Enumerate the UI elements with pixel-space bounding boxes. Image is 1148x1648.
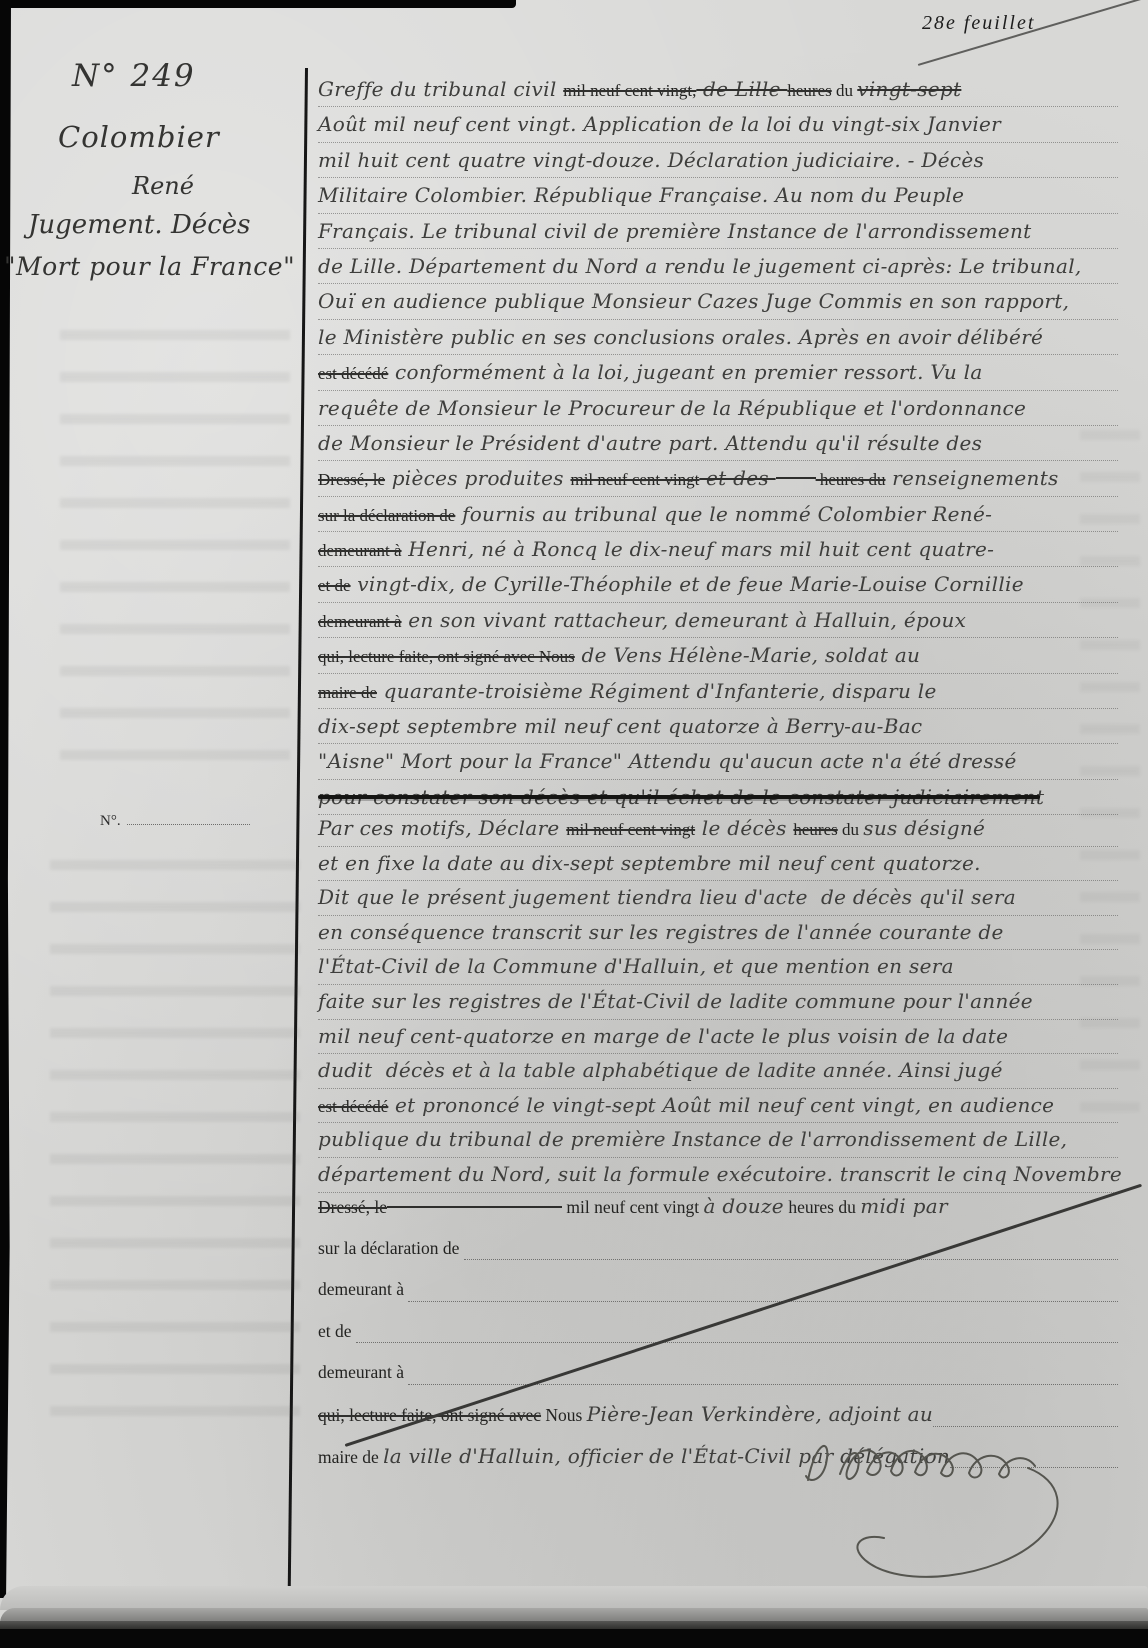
handwritten-text: "Aisne" Mort pour la France" Attendu qu'…	[318, 744, 1017, 778]
printed-text: heures	[787, 74, 831, 108]
act-text-section-dispositif: Par ces motifs, Déclare mil neuf cent vi…	[318, 812, 1118, 1193]
text-line: et de	[318, 1311, 1118, 1353]
handwritten-text: Ouï en audience publique Monsieur Cazes …	[318, 284, 1069, 318]
handwritten-text: publique du tribunal de première Instanc…	[318, 1123, 1067, 1157]
text-line: dix-sept septembre mil neuf cent quatorz…	[318, 709, 1118, 744]
handwritten-text: pièces produites	[385, 461, 570, 495]
handwritten-text: le Ministère public en ses conclusions o…	[318, 320, 1043, 354]
printed-text: demeurant à	[318, 1352, 408, 1394]
handwritten-text: quarante-troisième Régiment d'Infanterie…	[377, 674, 937, 708]
text-line: mil neuf cent-quatorze en marge de l'act…	[318, 1020, 1118, 1055]
handwritten-text: et en fixe la date au dix-sept septembre…	[318, 847, 981, 881]
printed-text: Dressé, le	[318, 1187, 387, 1229]
printed-text: sur la déclaration de	[318, 1228, 464, 1270]
text-line: est décédé et prononcé le vingt-sept Aoû…	[318, 1089, 1118, 1124]
text-line: publique du tribunal de première Instanc…	[318, 1123, 1118, 1158]
handwritten-text: vingt-sept	[857, 72, 961, 106]
handwritten-text: faite sur les registres de l'État-Civil …	[318, 985, 1033, 1019]
handwritten-text: dix-sept septembre mil neuf cent quatorz…	[318, 709, 922, 743]
handwritten-text: mil huit cent quatre vingt-douze. Déclar…	[318, 143, 984, 177]
printed-text: mil neuf cent vingt,	[563, 74, 696, 108]
handwritten-text: requête de Monsieur le Procureur de la R…	[318, 391, 1026, 425]
printed-text: et de	[318, 569, 351, 603]
printed-text: heures	[793, 813, 837, 847]
printed-text: Nous	[541, 1395, 587, 1437]
handwritten-text: mil neuf cent-quatorze en marge de l'act…	[318, 1020, 1008, 1054]
text-line: requête de Monsieur le Procureur de la R…	[318, 391, 1118, 426]
text-line: et en fixe la date au dix-sept septembre…	[318, 847, 1118, 882]
blank-line	[356, 1342, 1118, 1343]
text-line: dudit décès et à la table alphabétique d…	[318, 1054, 1118, 1089]
handwritten-text: et des	[699, 461, 775, 495]
handwritten-text: Dit que le présent jugement tiendra lieu…	[318, 881, 1016, 915]
text-line: demeurant à	[318, 1352, 1118, 1394]
scan-edge-left	[0, 0, 11, 1598]
margin-deceased-firstname: René	[132, 172, 194, 200]
text-line: Par ces motifs, Déclare mil neuf cent vi…	[318, 812, 1118, 847]
text-line: "Aisne" Mort pour la France" Attendu qu'…	[318, 744, 1118, 779]
margin-secondary-number: N°.	[100, 813, 250, 830]
handwritten-text: sus désigné	[863, 812, 985, 846]
blank-line	[408, 1301, 1118, 1302]
official-signature	[770, 1418, 1130, 1608]
text-line: Greffe du tribunal civil mil neuf cent v…	[318, 72, 1118, 107]
handwritten-text: dudit décès et à la table alphabétique d…	[318, 1054, 1003, 1088]
blank-line	[776, 471, 816, 485]
text-line: sur la déclaration de	[318, 1228, 1118, 1270]
scan-edge-bottom	[0, 1629, 1148, 1648]
handwritten-text: l'État-Civil de la Commune d'Halluin, et…	[318, 950, 954, 984]
handwritten-text: fournis au tribunal que le nommé Colombi…	[455, 497, 992, 531]
margin-deceased-surname: Colombier	[58, 120, 220, 154]
handwritten-text: en son vivant rattacheur, demeurant à Ha…	[402, 603, 967, 637]
margin-mention-mort-pour-la-france: "Mort pour la France"	[4, 252, 295, 281]
handwritten-text: et prononcé le vingt-sept Août mil neuf …	[388, 1089, 1054, 1123]
text-line: l'État-Civil de la Commune d'Halluin, et…	[318, 950, 1118, 985]
handwritten-text: renseignements	[885, 461, 1058, 495]
handwritten-text: le décès	[695, 812, 793, 846]
section-separator-rule	[318, 795, 1040, 799]
page-curl-edge	[0, 1586, 1148, 1610]
text-line: maire de quarante-troisième Régiment d'I…	[318, 674, 1118, 709]
handwritten-text: de Lille	[696, 72, 787, 106]
ink-bleedthrough	[60, 330, 290, 790]
margin-act-type: Jugement. Décès	[28, 210, 251, 240]
printed-text: Dressé, le	[318, 463, 385, 497]
blank-line	[464, 1259, 1118, 1260]
text-line: Ouï en audience publique Monsieur Cazes …	[318, 284, 1118, 319]
printed-text: demeurant à	[318, 1269, 408, 1311]
handwritten-text: midi par	[860, 1186, 948, 1228]
printed-text: qui, lecture faite, ont signé avec Nous	[318, 640, 575, 674]
blank-line	[387, 1200, 562, 1214]
text-line: Français. Le tribunal civil de première …	[318, 214, 1118, 249]
handwritten-text: Militaire Colombier. République Français…	[318, 178, 964, 212]
ink-bleedthrough	[50, 860, 300, 1420]
dotted-blank-line	[127, 824, 250, 825]
text-line: Dressé, le mil neuf cent vingt à douze h…	[318, 1186, 1118, 1228]
text-line: mil huit cent quatre vingt-douze. Déclar…	[318, 143, 1118, 178]
text-line: Dressé, le pièces produites mil neuf cen…	[318, 461, 1118, 496]
handwritten-text: de Vens Hélène-Marie, soldat au	[575, 638, 920, 672]
text-line: le Ministère public en ses conclusions o…	[318, 320, 1118, 355]
printed-text: heures du	[816, 463, 886, 497]
text-line: de Lille. Département du Nord a rendu le…	[318, 249, 1118, 284]
printed-text: est décédé	[318, 357, 388, 391]
text-line: et de vingt-dix, de Cyrille-Théophile et…	[318, 567, 1118, 602]
text-line: qui, lecture faite, ont signé avec Nous …	[318, 638, 1118, 673]
handwritten-text: à douze	[703, 1186, 783, 1228]
text-line: en conséquence transcrit sur les registr…	[318, 916, 1118, 951]
text-line: demeurant à	[318, 1269, 1118, 1311]
act-text-section-considerants: Greffe du tribunal civil mil neuf cent v…	[318, 72, 1118, 815]
text-line: de Monsieur le Président d'autre part. A…	[318, 426, 1118, 461]
printed-text: demeurant à	[318, 534, 402, 568]
folio-number: 28e feuillet	[922, 12, 1035, 35]
text-line: sur la déclaration de fournis au tribuna…	[318, 497, 1118, 532]
printed-text: du	[838, 813, 864, 847]
text-line: demeurant à en son vivant rattacheur, de…	[318, 603, 1118, 638]
printed-text: est décédé	[318, 1090, 388, 1124]
text-line: faite sur les registres de l'État-Civil …	[318, 985, 1118, 1020]
handwritten-text: Par ces motifs, Déclare	[318, 812, 566, 846]
text-line: demeurant à Henri, né à Roncq le dix-neu…	[318, 532, 1118, 567]
handwritten-text: de Monsieur le Président d'autre part. A…	[318, 426, 982, 460]
text-line: est décédé conformément à la loi, jugean…	[318, 355, 1118, 390]
handwritten-text: Français. Le tribunal civil de première …	[318, 214, 1031, 248]
printed-text: du	[832, 74, 858, 108]
printed-text: maire de	[318, 676, 377, 710]
scan-edge-top	[0, 0, 516, 8]
printed-text: mil neuf cent vingt	[566, 813, 695, 847]
handwritten-text: Henri, né à Roncq le dix-neuf mars mil h…	[402, 532, 995, 566]
document-page: 28e feuillet N° 249 Colombier René Jugem…	[0, 0, 1148, 1648]
printed-text: demeurant à	[318, 605, 402, 639]
printed-text: mil neuf cent vingt	[562, 1187, 703, 1229]
blank-line	[408, 1384, 1118, 1385]
printed-text: sur la déclaration de	[318, 499, 455, 533]
margin-secondary-number-label: N°.	[100, 813, 121, 830]
handwritten-text: conformément à la loi, jugeant en premie…	[388, 355, 982, 389]
text-line: Août mil neuf cent vingt. Application de…	[318, 107, 1118, 142]
handwritten-text: Août mil neuf cent vingt. Application de…	[318, 107, 1001, 141]
handwritten-text: Greffe du tribunal civil	[318, 72, 563, 106]
handwritten-text: de Lille. Département du Nord a rendu le…	[318, 249, 1082, 283]
text-line: Dit que le présent jugement tiendra lieu…	[318, 881, 1118, 916]
printed-text: heures du	[784, 1187, 860, 1229]
handwritten-text: en conséquence transcrit sur les registr…	[318, 916, 1004, 950]
text-line: Militaire Colombier. République Français…	[318, 178, 1118, 213]
margin-act-number: N° 249	[72, 58, 196, 94]
printed-text: et de	[318, 1311, 356, 1353]
printed-text: mil neuf cent vingt	[570, 463, 699, 497]
handwritten-text: vingt-dix, de Cyrille-Théophile et de fe…	[351, 567, 1024, 601]
